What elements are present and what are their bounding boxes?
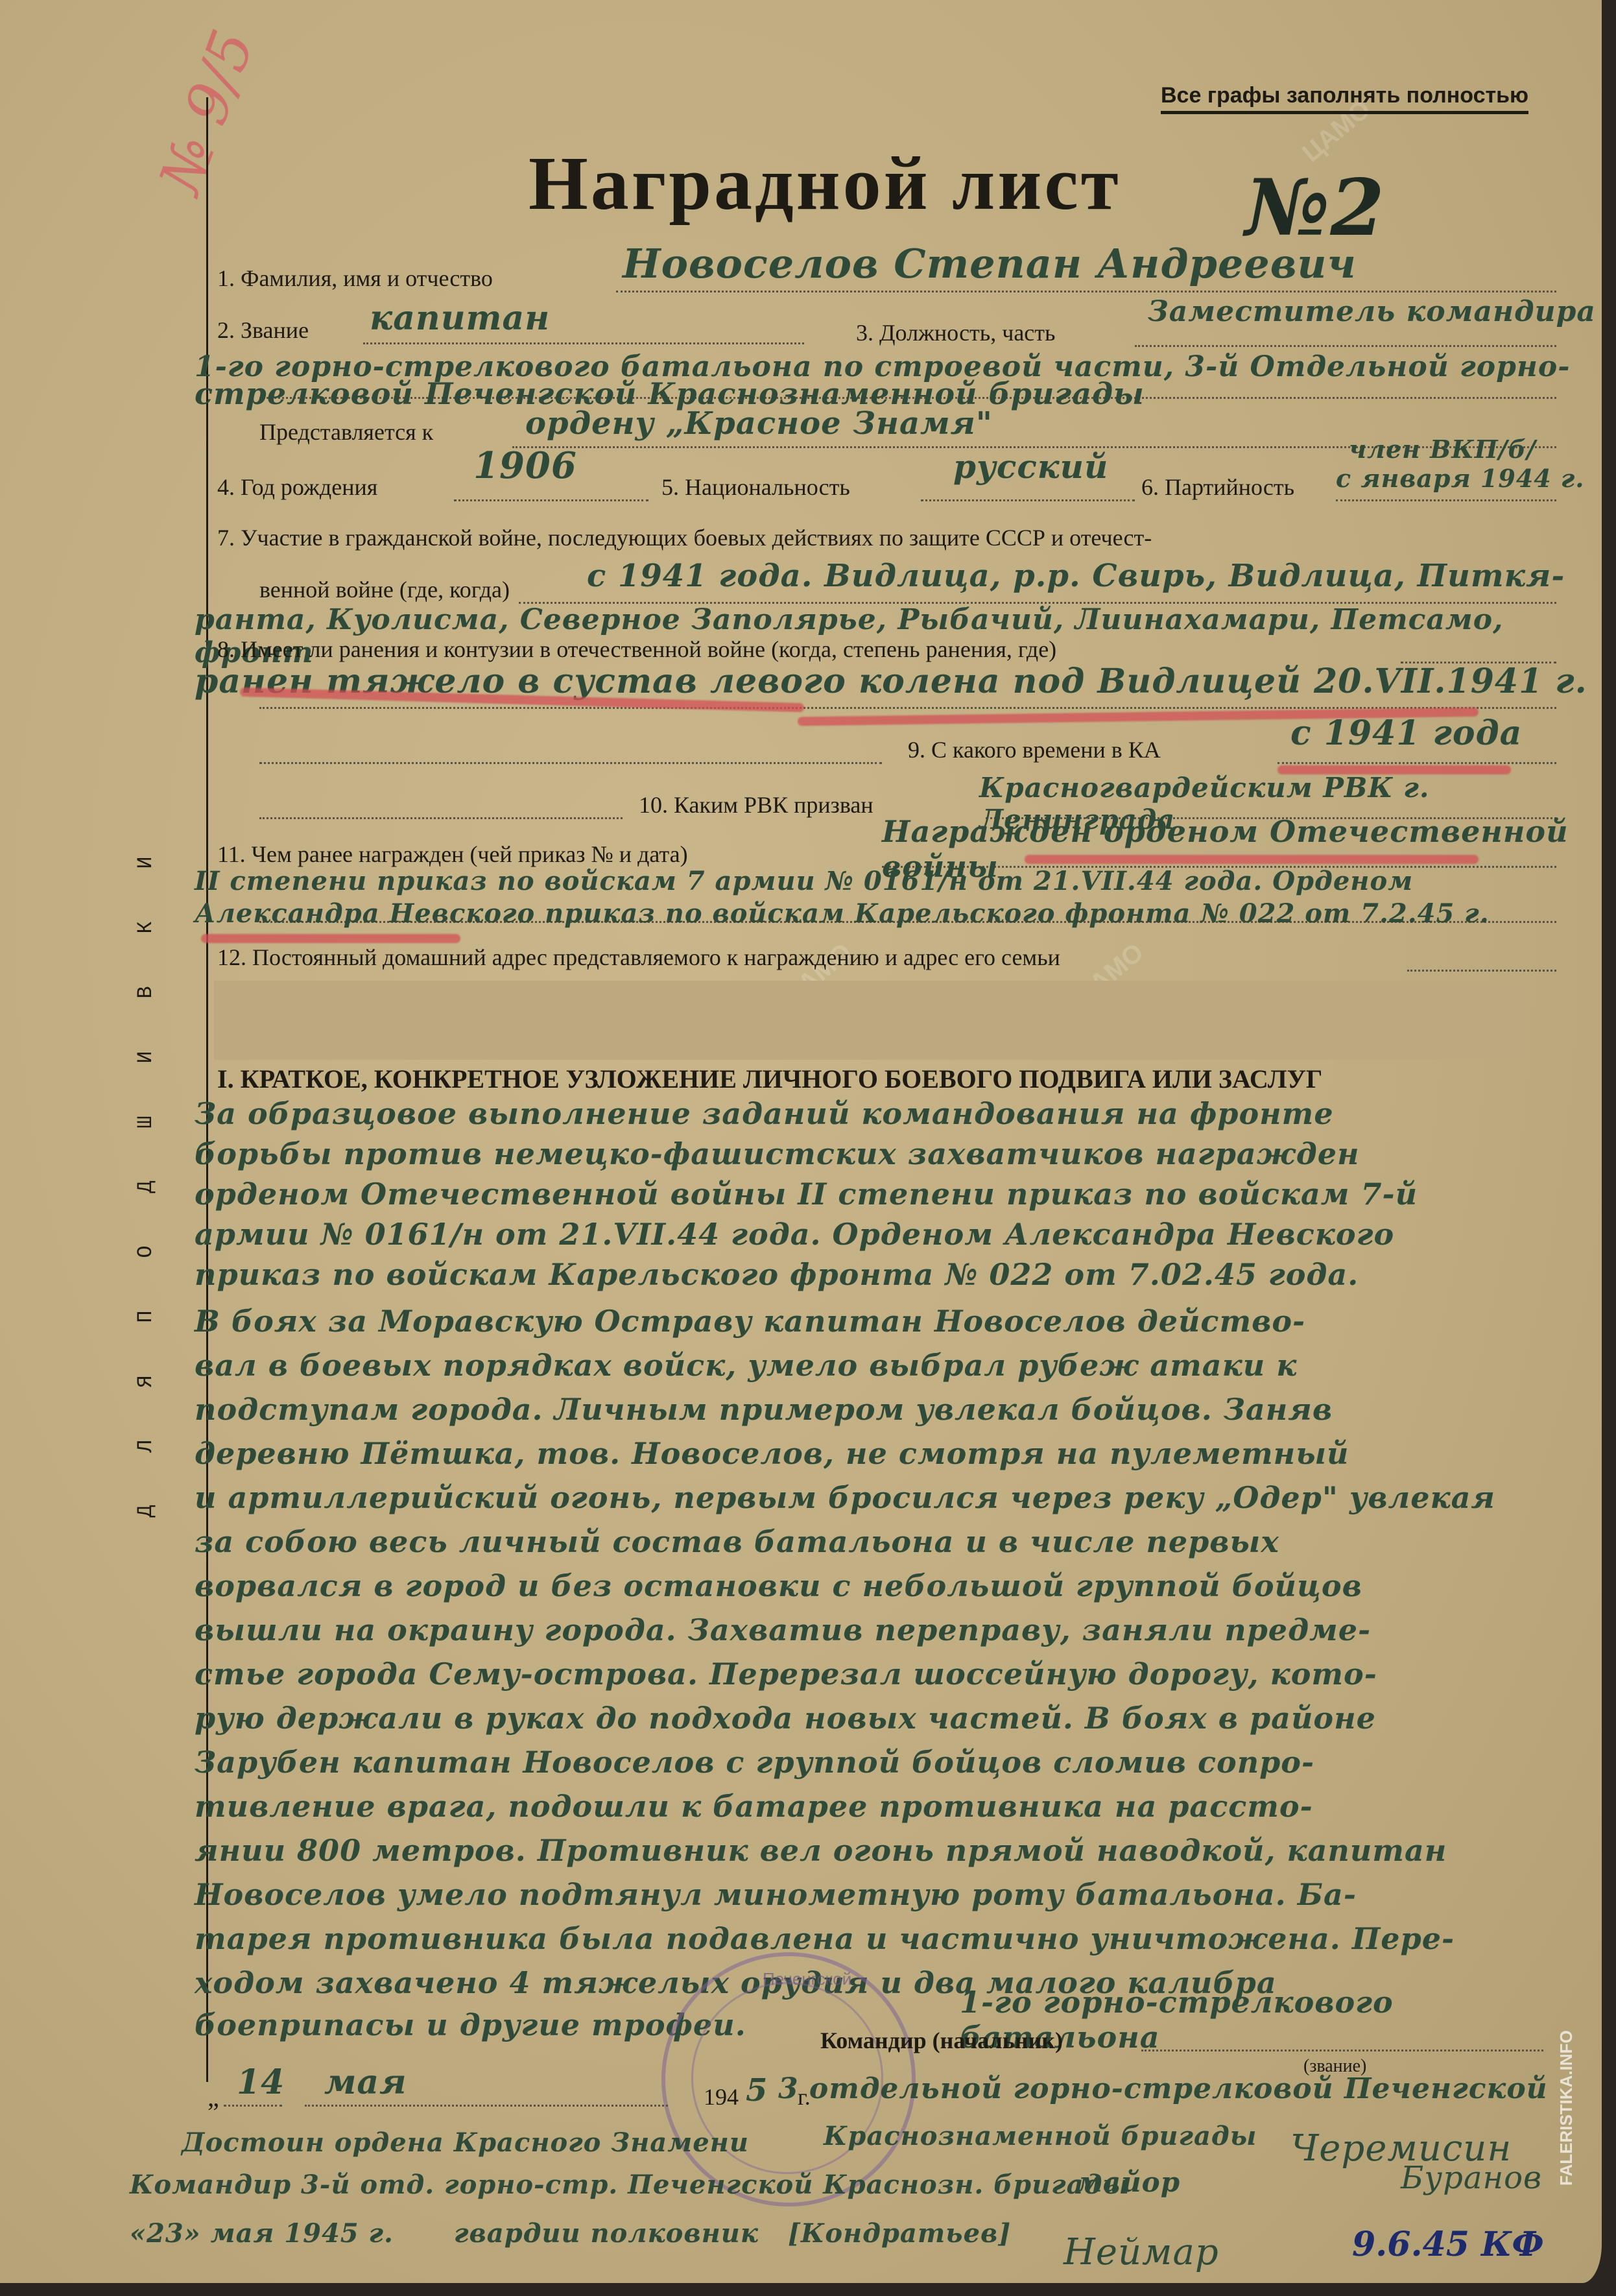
party-value-2: с января 1944 г.: [1336, 464, 1585, 493]
page-title: Наградной лист: [529, 139, 1121, 228]
narrative-line: приказ по войскам Карельского фронта № 0…: [195, 1257, 1359, 1292]
narrative-line: ворвался в город и без остановки с небол…: [195, 1568, 1362, 1603]
previous-awards-value-3: Александра Невского приказ по войскам Ка…: [195, 898, 1490, 929]
war-participation-value-1: с 1941 года. Видлица, р.р. Свирь, Видлиц…: [587, 558, 1565, 594]
red-underline: [1025, 855, 1479, 864]
date-quote-open: „: [208, 2082, 219, 2112]
dotted-line: [1277, 762, 1556, 764]
field-9-label: 9. С какого времени в КА: [908, 736, 1161, 763]
narrative-line: вал в боевых порядках войск, умело выбра…: [195, 1348, 1297, 1383]
award-nominated-value: ордену „Красное Знамя": [525, 405, 993, 442]
date-suffix: г.: [798, 2083, 811, 2111]
narrative-line: Новоселов умело подтянул минометную роту…: [195, 1877, 1357, 1912]
dotted-line: [259, 817, 623, 819]
date-year-hand: 5: [746, 2072, 768, 2109]
field-7-label: 7. Участие в гражданской войне, последую…: [217, 524, 1152, 551]
rank-value: капитан: [370, 298, 550, 338]
field-12-label: 12. Постоянный домашний адрес представля…: [217, 944, 1060, 971]
narrative-line: тарея противника была подавлена и частич…: [195, 1921, 1455, 1956]
resolution-line-2: Командир 3-й отд. горно-стр. Печенгской …: [130, 2170, 1130, 2200]
field-3-label: 3. Должность, часть: [856, 319, 1055, 346]
commander-unit-value-2: 3 отдельной горно-стрелковой Печенгской: [778, 2072, 1548, 2105]
narrative-line: Зарубен капитан Новоселов с группой бойц…: [195, 1745, 1314, 1780]
field-2-label: 2. Звание: [217, 317, 309, 344]
narrative-line: орденом Отечественной войны II степени п…: [195, 1177, 1418, 1212]
date-month-value: мая: [324, 2063, 407, 2102]
dotted-line: [1407, 970, 1556, 972]
date-day-value: 14: [237, 2063, 285, 2102]
binding-margin-label: Д Л Я П О Д Ш И В К И: [133, 584, 159, 1544]
site-watermark: FALERISTIKA.INFO: [1556, 2147, 1576, 2186]
dotted-line: [616, 291, 1556, 293]
commander-unit-value-3: Краснознаменной бригады: [824, 2121, 1257, 2151]
commander-label: Командир (начальник): [820, 2027, 1063, 2054]
field-6-label: 6. Партийность: [1141, 473, 1294, 501]
dotted-line: [921, 499, 1135, 501]
resolution-rank: гвардии полковник: [454, 2218, 759, 2249]
field-5-label: 5. Национальность: [661, 473, 850, 501]
dotted-line: [305, 2105, 668, 2107]
field-11-label: 11. Чем ранее награжден (чей приказ № и …: [217, 841, 688, 868]
full-name-value: Новоселов Степан Андреевич: [623, 240, 1357, 287]
dotted-line: [1336, 499, 1556, 501]
section-heading: I. КРАТКОЕ, КОНКРЕТНОЕ УЗЛОЖЕНИЕ ЛИЧНОГО…: [217, 1064, 1322, 1094]
party-value-1: член ВКП/б/: [1349, 435, 1536, 464]
red-underline: [201, 934, 460, 943]
resolution-date: «23» мая 1945 г.: [130, 2218, 394, 2249]
narrative-line: тивление врага, подошли к батарее против…: [195, 1789, 1313, 1824]
secondary-signature: Буранов: [1401, 2160, 1542, 2196]
narrative-line: армии № 0161/н от 21.VII.44 года. Ордено…: [195, 1217, 1394, 1252]
narrative-line: стье города Сему-острова. Перерезал шосс…: [195, 1656, 1377, 1692]
dotted-line: [259, 762, 882, 764]
resolution-signature-name: [Кондратьев]: [788, 2218, 1011, 2249]
field-1-label: 1. Фамилия, имя и отчество: [217, 265, 493, 292]
narrative-line: За образцовое выполнение заданий командо…: [195, 1096, 1334, 1131]
dotted-line: [454, 499, 648, 501]
nominated-label: Представляется к: [259, 418, 433, 446]
nationality-value: русский: [953, 448, 1108, 486]
redacted-address-block: [214, 981, 1530, 1060]
army-since-value: с 1941 года: [1290, 713, 1522, 753]
award-sheet: ЦАМО ЦАМО ЦАМО № 9/5 Д Л Я П О Д Ш И В К…: [0, 0, 1602, 2283]
narrative-line: рую держали в руках до подхода новых час…: [195, 1701, 1376, 1736]
fill-instruction: Все графы заполнять полностью: [1161, 83, 1528, 114]
resolution-signature: Неймар: [1063, 2231, 1219, 2273]
narrative-line: подступам города. Личным примером увлека…: [195, 1392, 1333, 1427]
resolution-line-1: Достоин ордена Красного Знамени: [182, 2127, 749, 2158]
narrative-line: боеприпасы и другие трофеи.: [195, 2007, 746, 2042]
field-8-label: 8. Имеет ли ранения и контузии в отечест…: [217, 636, 1056, 663]
previous-awards-value-2: II степени приказ по войскам 7 армии № 0…: [195, 866, 1413, 896]
dotted-line: [1141, 2050, 1543, 2051]
dotted-line: [363, 342, 804, 344]
narrative-line: деревню Пётшка, тов. Новоселов, не смотр…: [195, 1436, 1349, 1471]
dotted-line: [224, 2105, 282, 2107]
field-7-label-cont: венной войне (где, когда): [259, 576, 510, 603]
narrative-line: янии 800 метров. Противник вел огонь пря…: [195, 1833, 1447, 1868]
narrative-line: и артиллерийский огонь, первым бросился …: [195, 1480, 1495, 1515]
birth-year-value: 1906: [473, 444, 577, 487]
narrative-line: В боях за Моравскую Остраву капитан Ново…: [195, 1304, 1305, 1339]
archive-date-note: 9.6.45 КФ: [1352, 2225, 1544, 2264]
field-10-label: 10. Каким РВК призван: [639, 791, 873, 819]
position-value-1: Заместитель командира: [1148, 295, 1596, 328]
narrative-line: за собою весь личный состав батальона и …: [195, 1524, 1279, 1559]
dotted-line: [1135, 345, 1556, 347]
field-4-label: 4. Год рождения: [217, 473, 377, 501]
narrative-line: вышли на окраину города. Захватив перепр…: [195, 1612, 1371, 1647]
date-year-prefix: 194: [704, 2083, 739, 2111]
narrative-line: борьбы против немецко-фашистских захватч…: [195, 1136, 1360, 1171]
